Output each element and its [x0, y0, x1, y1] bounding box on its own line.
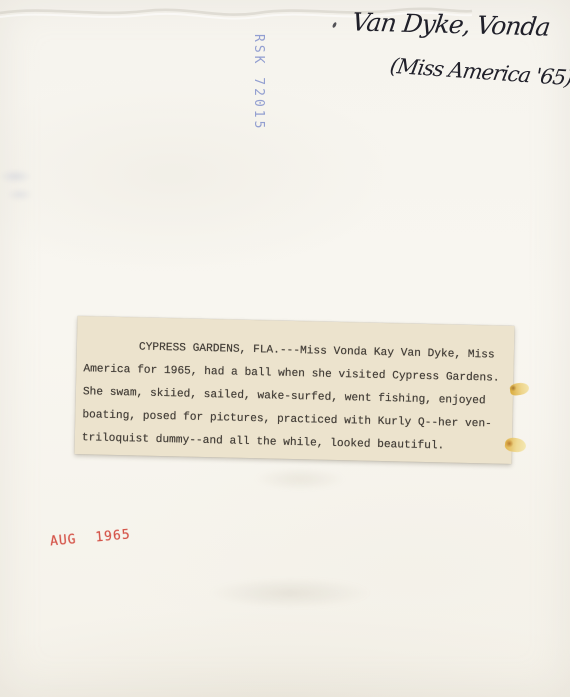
- caption-text-block: CYPRESS GARDENS, FLA.---Miss Vonda Kay V…: [75, 316, 515, 460]
- ink-transfer-ghost: [0, 162, 44, 210]
- date-stamp: AUG 1965: [50, 528, 132, 550]
- typed-caption-slip: CYPRESS GARDENS, FLA.---Miss Vonda Kay V…: [74, 316, 514, 464]
- handling-smudge: [255, 468, 345, 490]
- photo-back-sheet: RSK 72015 Van Dyke, Vonda (Miss America …: [0, 0, 570, 697]
- handwritten-name: Van Dyke, Vonda: [350, 7, 551, 41]
- handling-smudge: [210, 578, 370, 608]
- date-stamp-year: 1965: [95, 528, 131, 546]
- archive-number-stamp: RSK 72015: [251, 34, 266, 131]
- date-stamp-month: AUG: [50, 532, 78, 549]
- stray-ink-mark: [332, 22, 337, 29]
- handwritten-title: (Miss America '65): [388, 54, 570, 90]
